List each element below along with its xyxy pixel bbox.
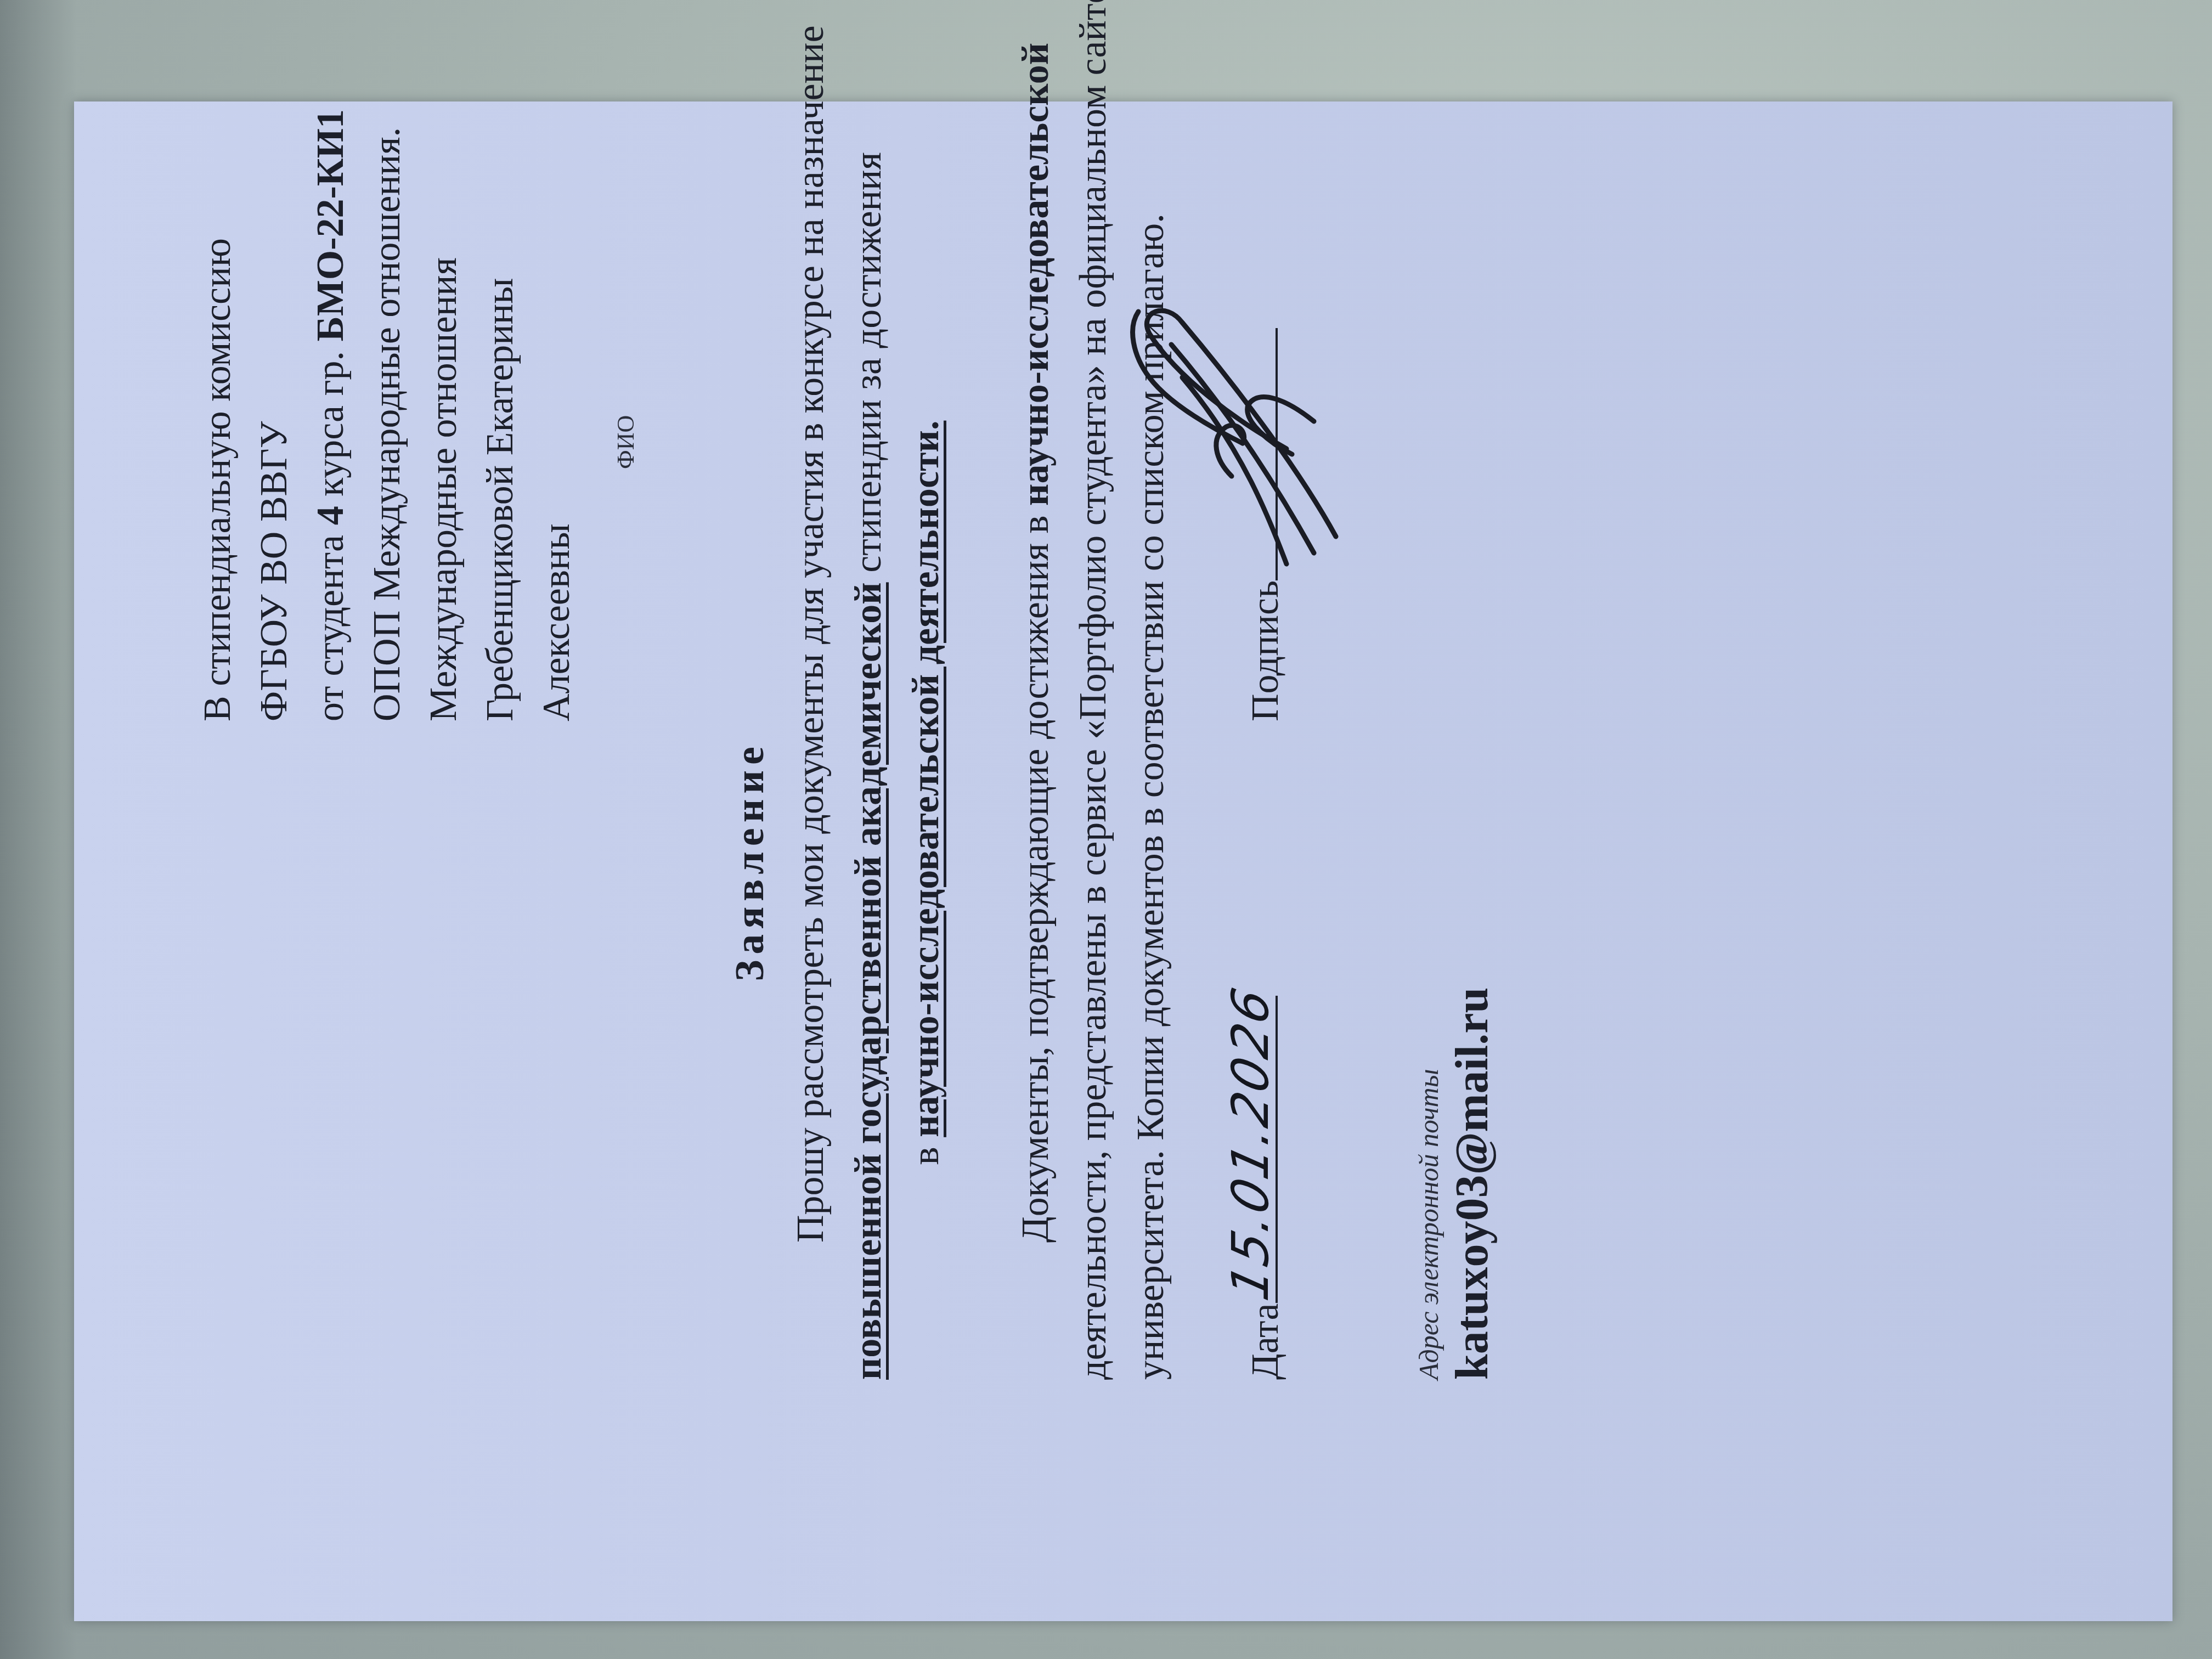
handwritten-signature-icon <box>1105 301 1347 586</box>
addressee-block: В стипендиальную комиссию ФГБОУ ВО ВВГУ … <box>189 109 585 721</box>
fio-caption: ФИО <box>612 415 640 469</box>
student-surname-name: Гребенщиковой Екатерины <box>472 109 528 721</box>
program-line: ОПОП Международные отношения. <box>359 109 415 721</box>
handwritten-date: 15.01.2026 <box>1221 980 1280 1306</box>
email-address: katuxoy03@mail.ru <box>1446 988 1499 1380</box>
group-code: БМО-22-КИ1 <box>309 109 352 342</box>
email-label: Адрес электронной почты <box>1413 1069 1444 1380</box>
request-line-3: в научно-исследовательской деятельности. <box>897 206 955 1380</box>
application-sheet: В стипендиальную комиссию ФГБОУ ВО ВВГУ … <box>74 101 2172 1621</box>
request-paragraph: Прошу рассмотреть мои документы для учас… <box>782 206 955 1380</box>
student-patronymic: Алексеевны <box>528 109 585 721</box>
documents-line-1: Документы, подтверждающие достижения в н… <box>1007 206 1064 1380</box>
document-title: Заявление <box>727 101 774 1621</box>
signature-label: Подпись <box>1244 580 1286 721</box>
research-activity-bold: научно-исследовательской <box>1014 43 1057 506</box>
course-number: 4 <box>309 506 352 525</box>
addressee-commission: В стипендиальную комиссию <box>189 109 246 721</box>
date-label: Дата <box>1244 1303 1286 1380</box>
direction-line: Международные отношения <box>415 109 472 721</box>
achievement-area: научно-исследовательской деятельности. <box>905 421 947 1137</box>
student-course-group: от студента 4 курса гр. БМО-22-КИ1 <box>302 109 359 721</box>
date-field: Дата15.01.2026 <box>1237 996 1288 1380</box>
scholarship-type: повышенной государственной академической <box>847 582 889 1380</box>
request-line-2: повышенной государственной академической… <box>839 206 897 1380</box>
request-line-1: Прошу рассмотреть мои документы для учас… <box>782 206 839 1380</box>
addressee-university: ФГБОУ ВО ВВГУ <box>246 109 302 721</box>
signature-field: Подпись <box>1237 328 1288 721</box>
signature-underline <box>1237 328 1278 580</box>
date-underline: 15.01.2026 <box>1237 996 1278 1303</box>
